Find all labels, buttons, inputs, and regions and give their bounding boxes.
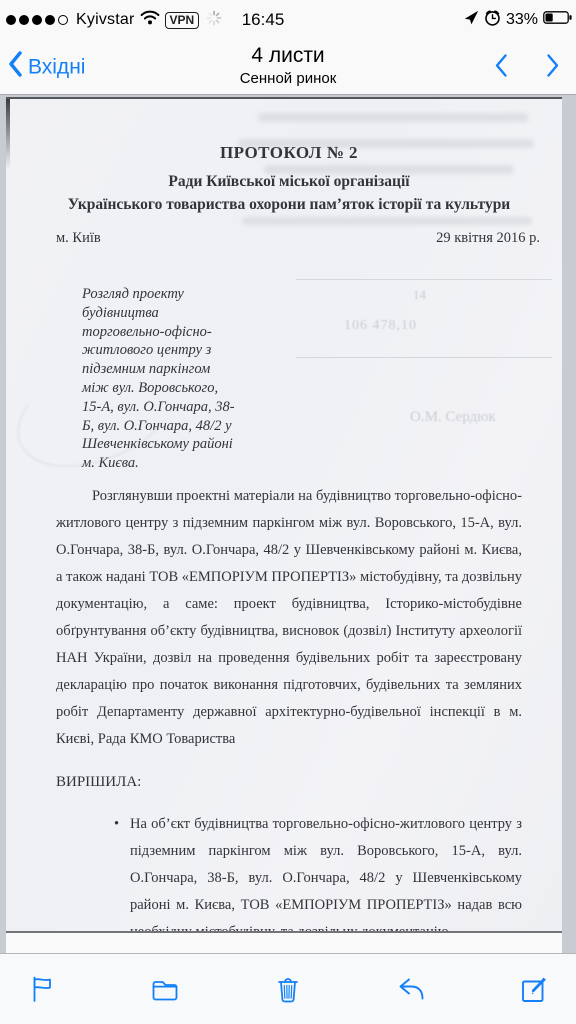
previous-message-button[interactable] (492, 51, 510, 84)
location-arrow-icon (464, 10, 479, 30)
flag-icon (27, 974, 57, 1004)
back-button[interactable]: Вхідні (8, 51, 85, 84)
activity-spinner-icon (206, 10, 222, 31)
resolution-item: На об’єкт будівництва торговельно-офісно… (114, 811, 522, 933)
carrier-label: Kyivstar (76, 11, 135, 29)
resolution-list: На об’єкт будівництва торговельно-офісно… (56, 811, 522, 933)
thread-subtitle: Сенной ринок (240, 69, 337, 88)
mail-toolbar (0, 953, 576, 1024)
attachment-viewer[interactable]: 14 106 478,10 О.М. Сердюк ПРОТОКОЛ № 2 Р… (0, 96, 576, 953)
bleedthrough-rule (296, 357, 552, 358)
battery-percent-label: 33% (506, 11, 538, 29)
next-message-button[interactable] (544, 51, 562, 84)
organization-line-1: Ради Київської міської організації (56, 173, 522, 191)
thread-title: 4 листи (240, 42, 337, 69)
compose-button[interactable] (517, 972, 551, 1006)
back-button-label: Вхідні (28, 55, 85, 79)
chevron-right-icon (546, 67, 560, 82)
body-paragraph: Розглянувши проектні матеріали на будівн… (56, 483, 522, 753)
organization-line-2: Українського товариства охорони пам’яток… (56, 196, 522, 214)
date-label: 29 квітня 2016 р. (436, 230, 540, 247)
nav-titles: 4 листи Сенной ринок (240, 42, 337, 88)
status-left-cluster: Kyivstar VPN (6, 10, 222, 31)
compose-icon (519, 974, 549, 1004)
bleedthrough-line (258, 113, 528, 122)
signal-dot (45, 15, 55, 25)
bleedthrough-line (242, 217, 532, 225)
bleedthrough-line (264, 165, 514, 174)
chevron-left-icon (8, 51, 22, 84)
wifi-icon (140, 10, 160, 30)
reply-icon (396, 974, 426, 1004)
signal-dot (32, 15, 42, 25)
flag-button[interactable] (25, 972, 59, 1006)
bleedthrough-text: 14 (413, 287, 426, 303)
scan-margin (6, 933, 562, 953)
chevron-left-icon (494, 67, 508, 82)
reply-button[interactable] (394, 972, 428, 1006)
signal-dot (58, 15, 68, 25)
top-chrome: Kyivstar VPN (0, 0, 576, 95)
place-date-row: м. Київ 29 квітня 2016 р. (56, 230, 540, 247)
delete-button[interactable] (271, 972, 305, 1006)
nav-bar: Вхідні 4 листи Сенной ринок (0, 40, 576, 94)
battery-icon (543, 11, 572, 29)
move-to-folder-button[interactable] (148, 972, 182, 1006)
place-label: м. Київ (56, 230, 101, 247)
document-page: 14 106 478,10 О.М. Сердюк ПРОТОКОЛ № 2 Р… (6, 97, 562, 933)
vpn-badge: VPN (165, 12, 200, 29)
status-right-cluster: 33% (464, 0, 572, 40)
cell-signal-dots (6, 15, 68, 25)
trash-icon (273, 974, 303, 1004)
bleedthrough-text: 106 478,10 (344, 318, 417, 334)
decision-label: ВИРІШИЛА: (56, 774, 522, 791)
status-bar: Kyivstar VPN (0, 0, 576, 40)
bleedthrough-text: О.М. Сердюк (410, 409, 496, 426)
iphone-screen: Kyivstar VPN (0, 0, 576, 1024)
signal-dot (6, 15, 16, 25)
signal-dot (19, 15, 29, 25)
alarm-clock-icon (484, 9, 501, 31)
bleedthrough-rule (296, 279, 552, 280)
clock: 16:45 (242, 0, 285, 40)
bleedthrough-line (238, 139, 534, 148)
page-edge-shadow (6, 99, 10, 169)
folder-icon (150, 974, 180, 1004)
